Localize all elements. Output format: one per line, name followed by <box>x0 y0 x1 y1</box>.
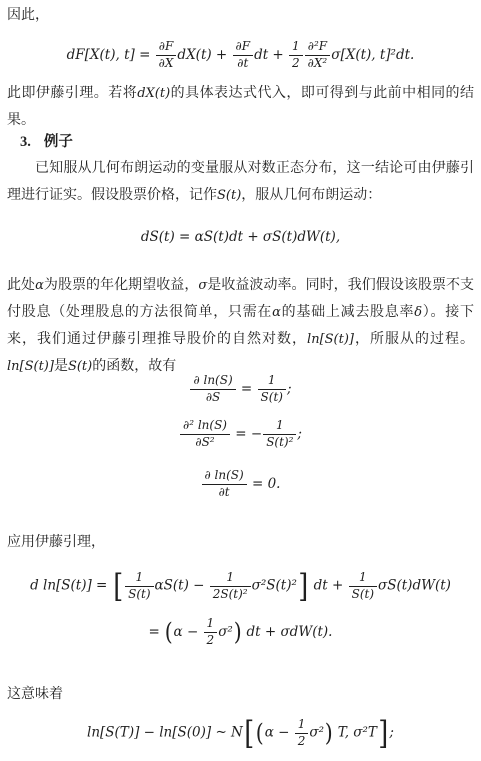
fraction-denominator: S(t) <box>349 587 377 602</box>
fraction: ∂ ln(S)∂S <box>190 374 235 405</box>
fraction: 12 <box>295 718 309 749</box>
math-token: ; <box>287 381 292 397</box>
fraction-denominator: ∂X <box>156 56 177 71</box>
text-run: ，服从几何布朗运动： <box>241 187 381 203</box>
paragraph-params-explained: 此处α为股票的年化期望收益，σ是收益波动率。同时，我们假设该股票不支付股息（处理… <box>7 272 474 380</box>
formula-lognormal-distribution: ln[S(T)] − ln[S(0)] ~ N[(α − 12σ²) T, σ²… <box>0 717 481 749</box>
text-run: 是 <box>54 358 68 374</box>
fraction: ∂ ln(S)∂t <box>202 469 247 500</box>
formula-gbm: dS(t) = αS(t)dt + σS(t)dW(t), <box>0 229 481 245</box>
text-run: 的函数，故有 <box>92 358 176 374</box>
fraction-numerator: 1 <box>263 419 296 435</box>
math-run: α <box>35 278 44 293</box>
math-run: σ <box>198 278 207 293</box>
fraction-numerator: 1 <box>295 718 309 734</box>
math-run: α <box>272 305 281 320</box>
fraction-denominator: 2 <box>289 56 303 71</box>
fraction: 12 <box>204 617 218 648</box>
math-token: = <box>237 381 257 397</box>
math-token: ln[S(T)] − ln[S(0)] ~ N <box>87 725 243 741</box>
text-run: 应用伊藤引理， <box>7 534 105 550</box>
right-paren: ) <box>325 721 333 745</box>
fraction-numerator: ∂ ln(S) <box>190 374 235 390</box>
math-token: T, σ²T <box>333 725 377 741</box>
fraction: 1S(t)² <box>263 419 296 450</box>
math-token: σ² <box>218 624 233 640</box>
math-token: σ[X(t), t]²dt. <box>331 47 414 63</box>
fraction-numerator: 1 <box>210 571 251 587</box>
text-run: 的基础上减去股息率 <box>281 304 414 320</box>
left-paren: ( <box>256 721 264 745</box>
fraction-numerator: ∂² ln(S) <box>180 419 230 435</box>
formula-partial-dS: ∂ ln(S)∂S = 1S(t); <box>0 374 481 405</box>
paragraph-apply-ito: 应用伊藤引理， <box>7 529 474 556</box>
right-bracket: ] <box>378 717 388 749</box>
math-token: σS(t)dW(t) <box>378 578 451 594</box>
fraction-denominator: ∂t <box>202 485 247 500</box>
fraction-denominator: 2 <box>295 734 309 749</box>
left-bracket: [ <box>113 570 123 602</box>
formula-partial-dt: ∂ ln(S)∂t = 0. <box>0 469 481 500</box>
text-run: 此处 <box>7 277 35 293</box>
text-run: 因此， <box>7 7 49 23</box>
fraction-denominator: S(t)² <box>263 435 296 450</box>
left-bracket: [ <box>244 717 254 749</box>
fraction: 1S(t) <box>349 571 377 602</box>
formula-dln-simplified: = (α − 12σ²) dt + σdW(t). <box>0 617 481 648</box>
fraction-numerator: ∂ ln(S) <box>202 469 247 485</box>
fraction-denominator: ∂X² <box>305 56 331 71</box>
fraction: 12 <box>289 40 303 71</box>
math-token: ; <box>389 725 394 741</box>
right-bracket: ] <box>298 570 308 602</box>
math-run: dX(t) <box>137 86 170 101</box>
fraction: 1S(t) <box>125 571 153 602</box>
math-token: α − <box>174 624 203 640</box>
formula-dln-expanded: d ln[S(t)] = [1S(t)αS(t) − 12S(t)²σ²S(t)… <box>0 570 481 602</box>
math-token: dt + σdW(t). <box>242 624 332 640</box>
math-run: S(t) <box>68 359 92 374</box>
paragraph-gbm-intro: 已知服从几何布朗运动的变量服从对数正态分布，这一结论可由伊藤引理进行证实。假设股… <box>7 155 474 209</box>
fraction-numerator: ∂F <box>156 40 177 56</box>
fraction-numerator: ∂²F <box>305 40 331 56</box>
math-run: ln[S(t)] <box>307 332 354 347</box>
fraction-numerator: 1 <box>204 617 218 633</box>
fraction-denominator: 2S(t)² <box>210 587 251 602</box>
math-token: αS(t) − <box>155 578 209 594</box>
fraction-denominator: S(t) <box>125 587 153 602</box>
math-run: δ <box>414 305 422 320</box>
formula-ito-lemma: dF[X(t), t] = ∂F∂XdX(t) + ∂F∂tdt + 12∂²F… <box>0 40 481 71</box>
math-run: ln[S(t)] <box>7 359 54 374</box>
text-run: 这意味着 <box>7 686 63 702</box>
math-token: d ln[S(t)] = <box>30 578 112 594</box>
fraction: 12S(t)² <box>210 571 251 602</box>
fraction-numerator: 1 <box>125 571 153 587</box>
math-token: ; <box>297 426 302 442</box>
text-run: ，所服从的过程。 <box>354 331 474 347</box>
fraction-denominator: S(t) <box>258 390 286 405</box>
fraction-numerator: 1 <box>349 571 377 587</box>
fraction: ∂F∂t <box>233 40 254 71</box>
math-token: σ²S(t)² <box>252 578 297 594</box>
fraction: ∂² ln(S)∂S² <box>180 419 230 450</box>
math-token: dt + <box>254 47 288 63</box>
fraction-numerator: 1 <box>258 374 286 390</box>
math-token: = − <box>231 426 262 442</box>
document-page: 因此， dF[X(t), t] = ∂F∂XdX(t) + ∂F∂tdt + 1… <box>0 0 481 761</box>
math-token: σ² <box>309 725 324 741</box>
math-token: dX(t) + <box>177 47 231 63</box>
fraction: 1S(t) <box>258 374 286 405</box>
section-title: 例子 <box>44 134 73 150</box>
math-token: α − <box>265 725 294 741</box>
math-token: = 0. <box>248 476 281 492</box>
math-token: dF[X(t), t] = <box>67 47 155 63</box>
math-token: dS(t) = αS(t)dt + σS(t)dW(t), <box>141 229 340 245</box>
fraction: ∂F∂X <box>156 40 177 71</box>
math-token: = <box>149 624 165 640</box>
text-run: 此即伊藤引理。若将 <box>7 85 137 101</box>
math-token: dt + <box>309 578 347 594</box>
formula-second-partial-dS2: ∂² ln(S)∂S² = −1S(t)²; <box>0 419 481 450</box>
paragraph-this-is-ito: 此即伊藤引理。若将dX(t)的具体表达式代入，即可得到与此前中相同的结果。 <box>7 80 474 134</box>
fraction: ∂²F∂X² <box>305 40 331 71</box>
section-number: 3. <box>20 134 31 150</box>
paragraph-therefore: 因此， <box>7 2 474 29</box>
left-paren: ( <box>165 620 173 644</box>
fraction-denominator: 2 <box>204 633 218 648</box>
section-heading: 3.例子 <box>20 132 73 152</box>
fraction-denominator: ∂t <box>233 56 254 71</box>
text-run: 为股票的年化期望收益， <box>44 277 199 293</box>
fraction-numerator: ∂F <box>233 40 254 56</box>
fraction-numerator: 1 <box>289 40 303 56</box>
math-run: S(t) <box>217 188 241 203</box>
paragraph-this-means: 这意味着 <box>7 681 474 708</box>
right-paren: ) <box>234 620 242 644</box>
fraction-denominator: ∂S <box>190 390 235 405</box>
fraction-denominator: ∂S² <box>180 435 230 450</box>
